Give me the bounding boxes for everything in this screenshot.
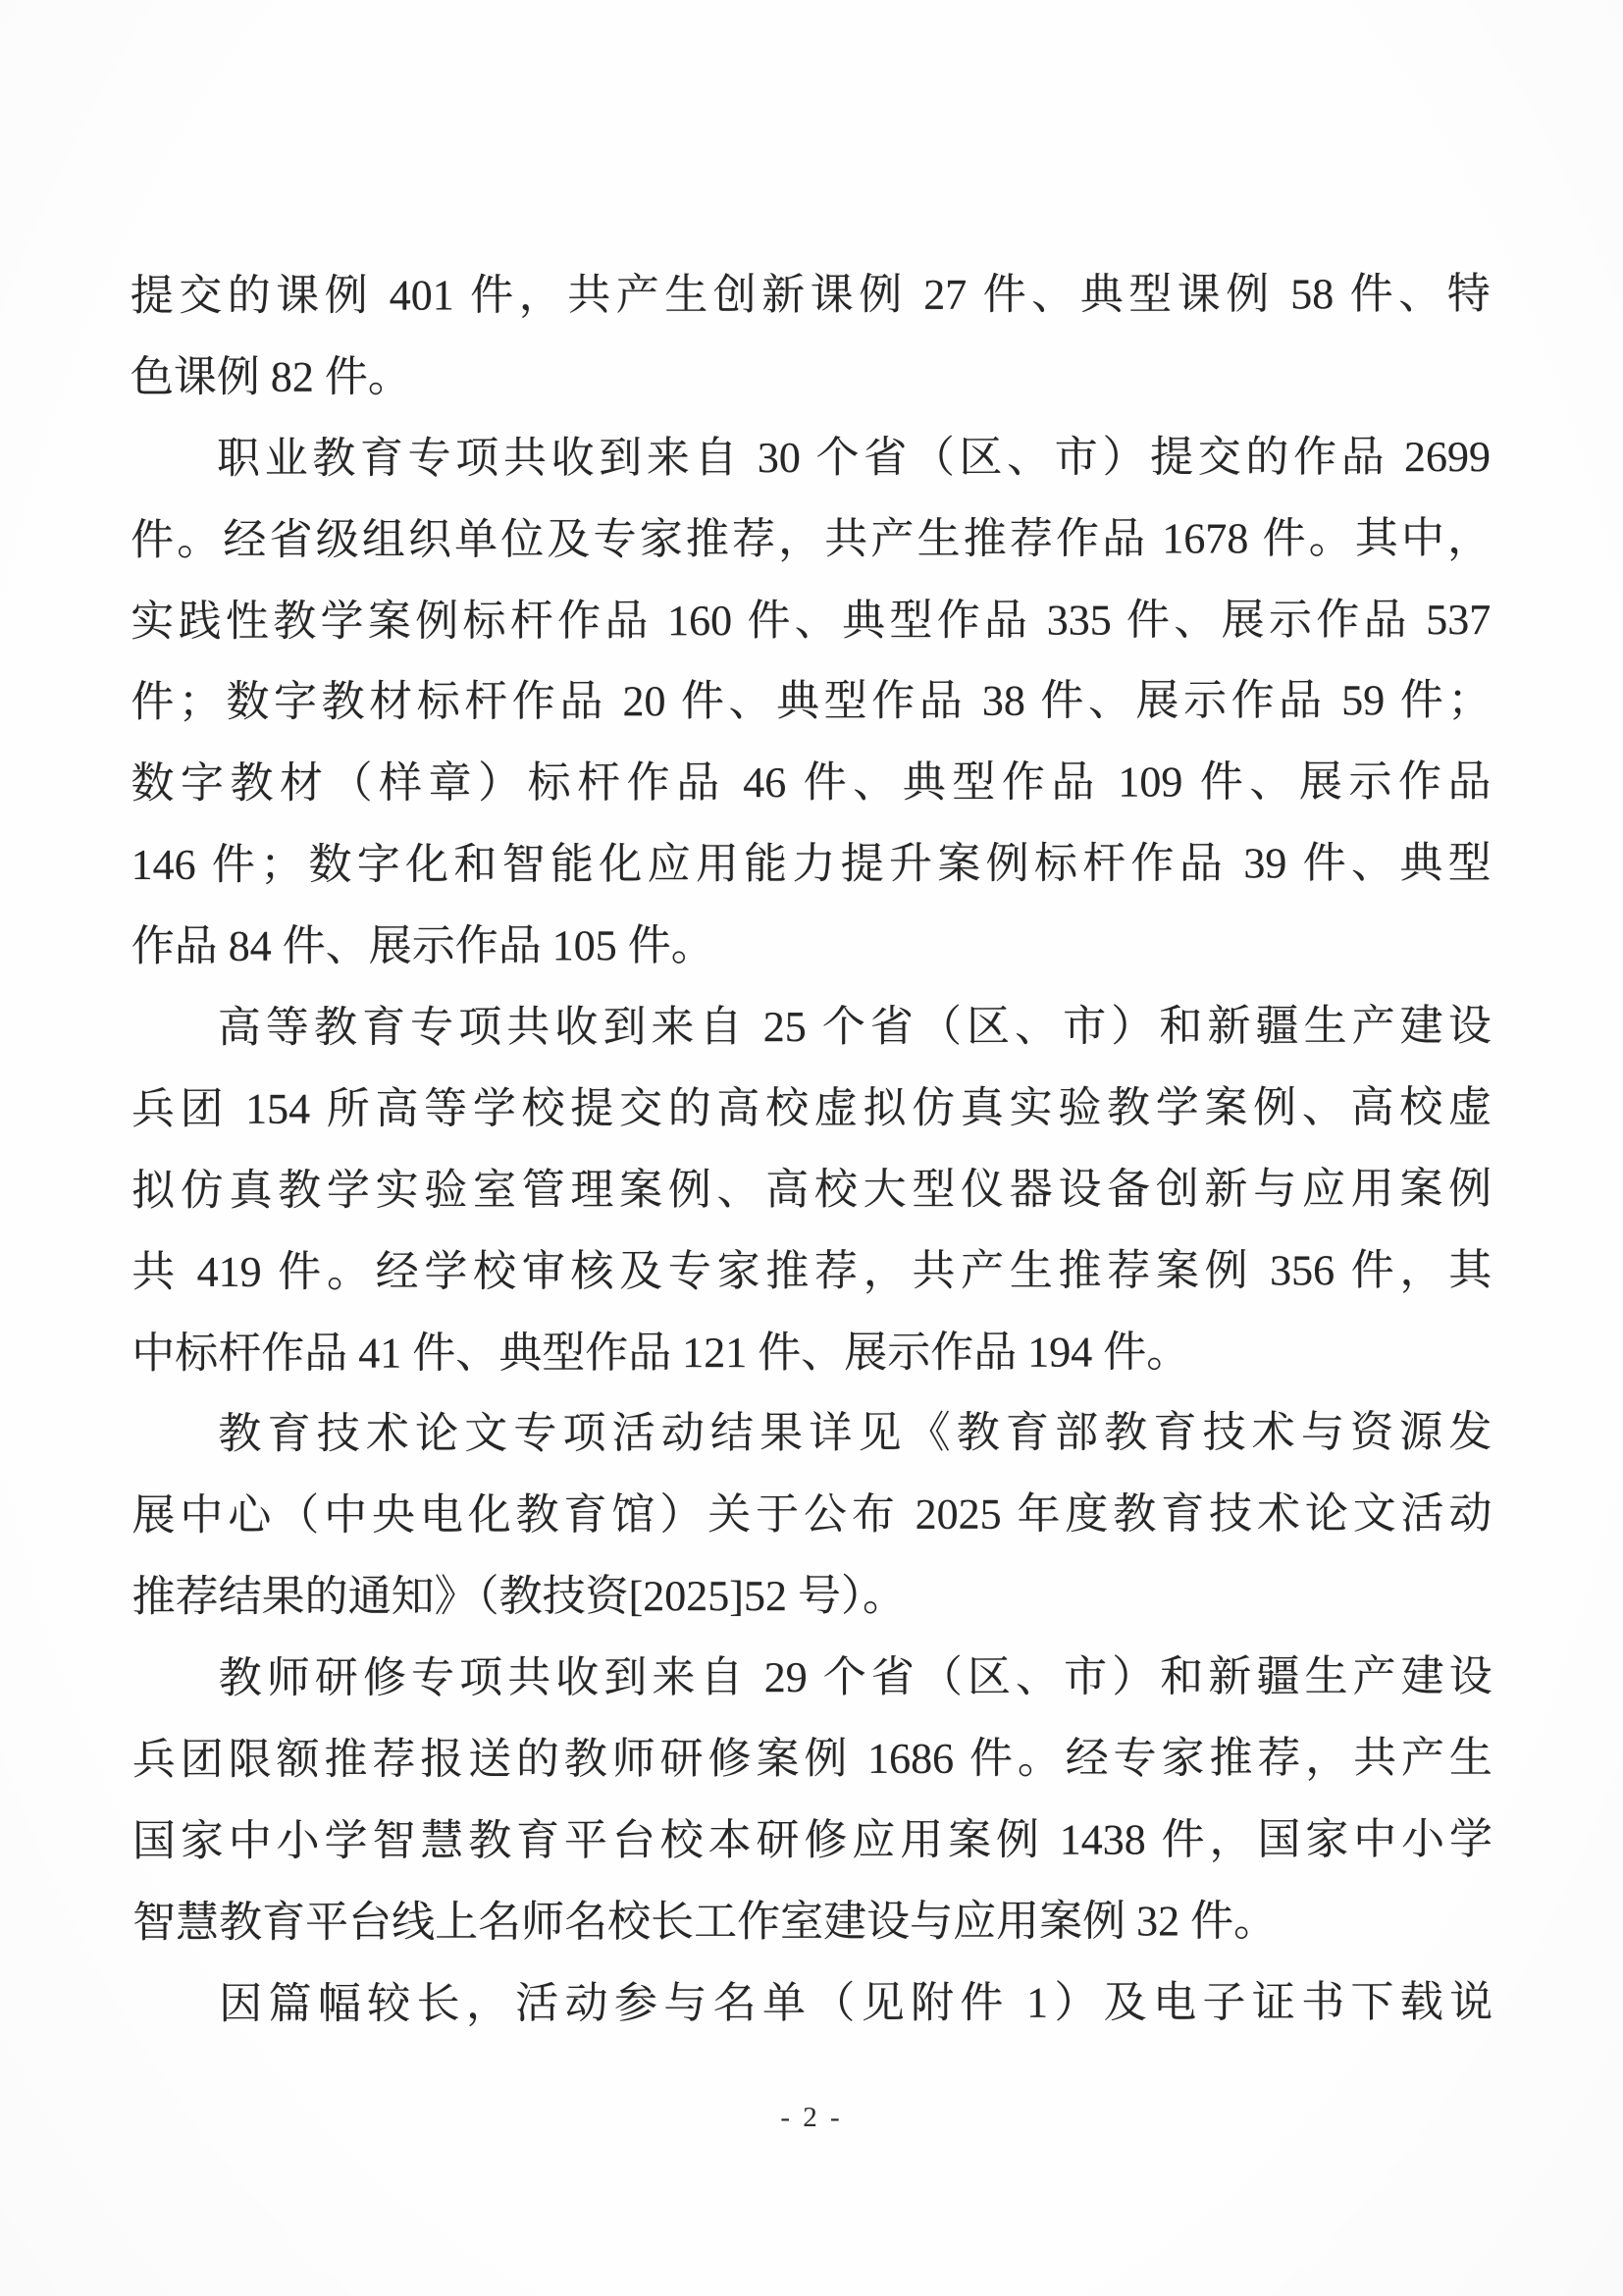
text-line: 教师研修专项共收到来自 29 个省（区、市）和新疆生产建设 <box>132 1637 1492 1720</box>
text-line: 数字教材（样章）标杆作品 46 件、典型作品 109 件、展示作品 <box>131 742 1491 825</box>
text-line: 推荐结果的通知》（教技资[2025]52 号）。 <box>132 1555 1492 1639</box>
text-line: 拟仿真教学实验室管理案例、高校大型仪器设备创新与应用案例 <box>131 1149 1492 1232</box>
text-line: 色课例 82 件。 <box>131 336 1491 419</box>
text-line: 件；数字教材标杆作品 20 件、典型作品 38 件、展示作品 59 件； <box>131 660 1491 744</box>
document-page: 提交的课例 401 件，共产生创新课例 27 件、典型课例 58 件、特 色课例… <box>0 0 1623 2296</box>
paragraph: 高等教育专项共收到来自 25 个省（区、市）和新疆生产建设 兵团 154 所高等… <box>131 986 1492 1394</box>
page-number: - 2 - <box>0 2102 1623 2134</box>
paragraph: 教育技术论文专项活动结果详见《教育部教育技术与资源发 展中心（中央电化教育馆）关… <box>131 1393 1492 1640</box>
paragraph: 教师研修专项共收到来自 29 个省（区、市）和新疆生产建设 兵团限额推荐报送的教… <box>132 1637 1492 1963</box>
text-line: 高等教育专项共收到来自 25 个省（区、市）和新疆生产建设 <box>131 986 1492 1070</box>
text-line: 共 419 件。经学校审核及专家推荐，共产生推荐案例 356 件，其 <box>131 1230 1492 1314</box>
text-line: 146 件；数字化和智能化应用能力提升案例标杆作品 39 件、典型 <box>131 823 1492 907</box>
text-line: 中标杆作品 41 件、典型作品 121 件、展示作品 194 件。 <box>131 1312 1492 1395</box>
paragraph: 提交的课例 401 件，共产生创新课例 27 件、典型课例 58 件、特 色课例… <box>131 254 1491 419</box>
text-line: 兵团限额推荐报送的教师研修案例 1686 件。经专家推荐，共产生 <box>132 1718 1492 1801</box>
paragraph: 因篇幅较长，活动参与名单（见附件 1）及电子证书下载说 <box>132 1962 1492 2046</box>
text-line: 提交的课例 401 件，共产生创新课例 27 件、典型课例 58 件、特 <box>131 254 1491 338</box>
text-line: 作品 84 件、展示作品 105 件。 <box>131 905 1492 988</box>
text-line: 国家中小学智慧教育平台校本研修应用案例 1438 件，国家中小学 <box>132 1800 1492 1883</box>
text-line: 智慧教育平台线上名师名校长工作室建设与应用案例 32 件。 <box>132 1881 1492 1964</box>
text-line: 展中心（中央电化教育馆）关于公布 2025 年度教育技术论文活动 <box>131 1474 1492 1557</box>
text-line: 因篇幅较长，活动参与名单（见附件 1）及电子证书下载说 <box>132 1962 1492 2046</box>
document-body: 提交的课例 401 件，共产生创新课例 27 件、典型课例 58 件、特 色课例… <box>131 254 1493 2046</box>
text-line: 件。经省级组织单位及专家推荐，共产生推荐作品 1678 件。其中， <box>131 498 1491 582</box>
paragraph: 职业教育专项共收到来自 30 个省（区、市）提交的作品 2699 件。经省级组织… <box>131 417 1492 988</box>
text-line: 实践性教学案例标杆作品 160 件、典型作品 335 件、展示作品 537 <box>131 580 1491 663</box>
text-line: 职业教育专项共收到来自 30 个省（区、市）提交的作品 2699 <box>131 417 1491 500</box>
text-line: 兵团 154 所高等学校提交的高校虚拟仿真实验教学案例、高校虚 <box>131 1068 1492 1151</box>
text-line: 教育技术论文专项活动结果详见《教育部教育技术与资源发 <box>131 1393 1492 1477</box>
